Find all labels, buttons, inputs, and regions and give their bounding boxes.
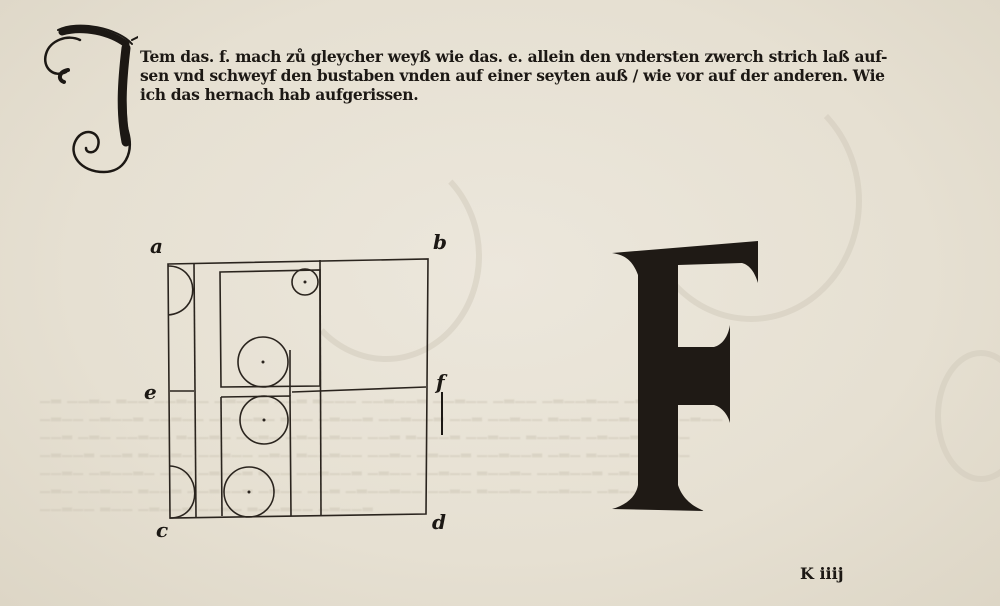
letter-construction-diagram: a b e f c d — [120, 220, 470, 570]
label-middle-left: e — [144, 380, 157, 404]
text-line-1: Tem das. f. mach zů gleycher weyß wie da… — [140, 47, 1000, 66]
construction-grid — [120, 220, 470, 570]
label-bottom-left: c — [156, 518, 168, 542]
text-line-2: sen vnd schweyf den bustaben vnden auf e… — [140, 66, 1000, 85]
label-top-left: a — [150, 234, 163, 258]
label-middle-right: f — [436, 370, 445, 394]
signature-mark: K iiij — [800, 564, 844, 583]
text-line-3: ich das hernach hab aufgerissen. — [140, 85, 1000, 104]
label-top-right: b — [433, 230, 447, 254]
body-text: Tem das. f. mach zů gleycher weyß wie da… — [140, 47, 1000, 104]
decorated-initial-icon — [28, 22, 138, 177]
label-bottom-right: d — [432, 510, 446, 534]
specimen-letter-f — [612, 235, 772, 535]
book-page: ▁▂ ▁▁▂▁ ▂▁▁ ▁▁▂▁▁ ▁▂▁▁▂ ▁▁▂ ▂▁▁▁ ▁▁▂▁▁▂ … — [0, 0, 1000, 606]
